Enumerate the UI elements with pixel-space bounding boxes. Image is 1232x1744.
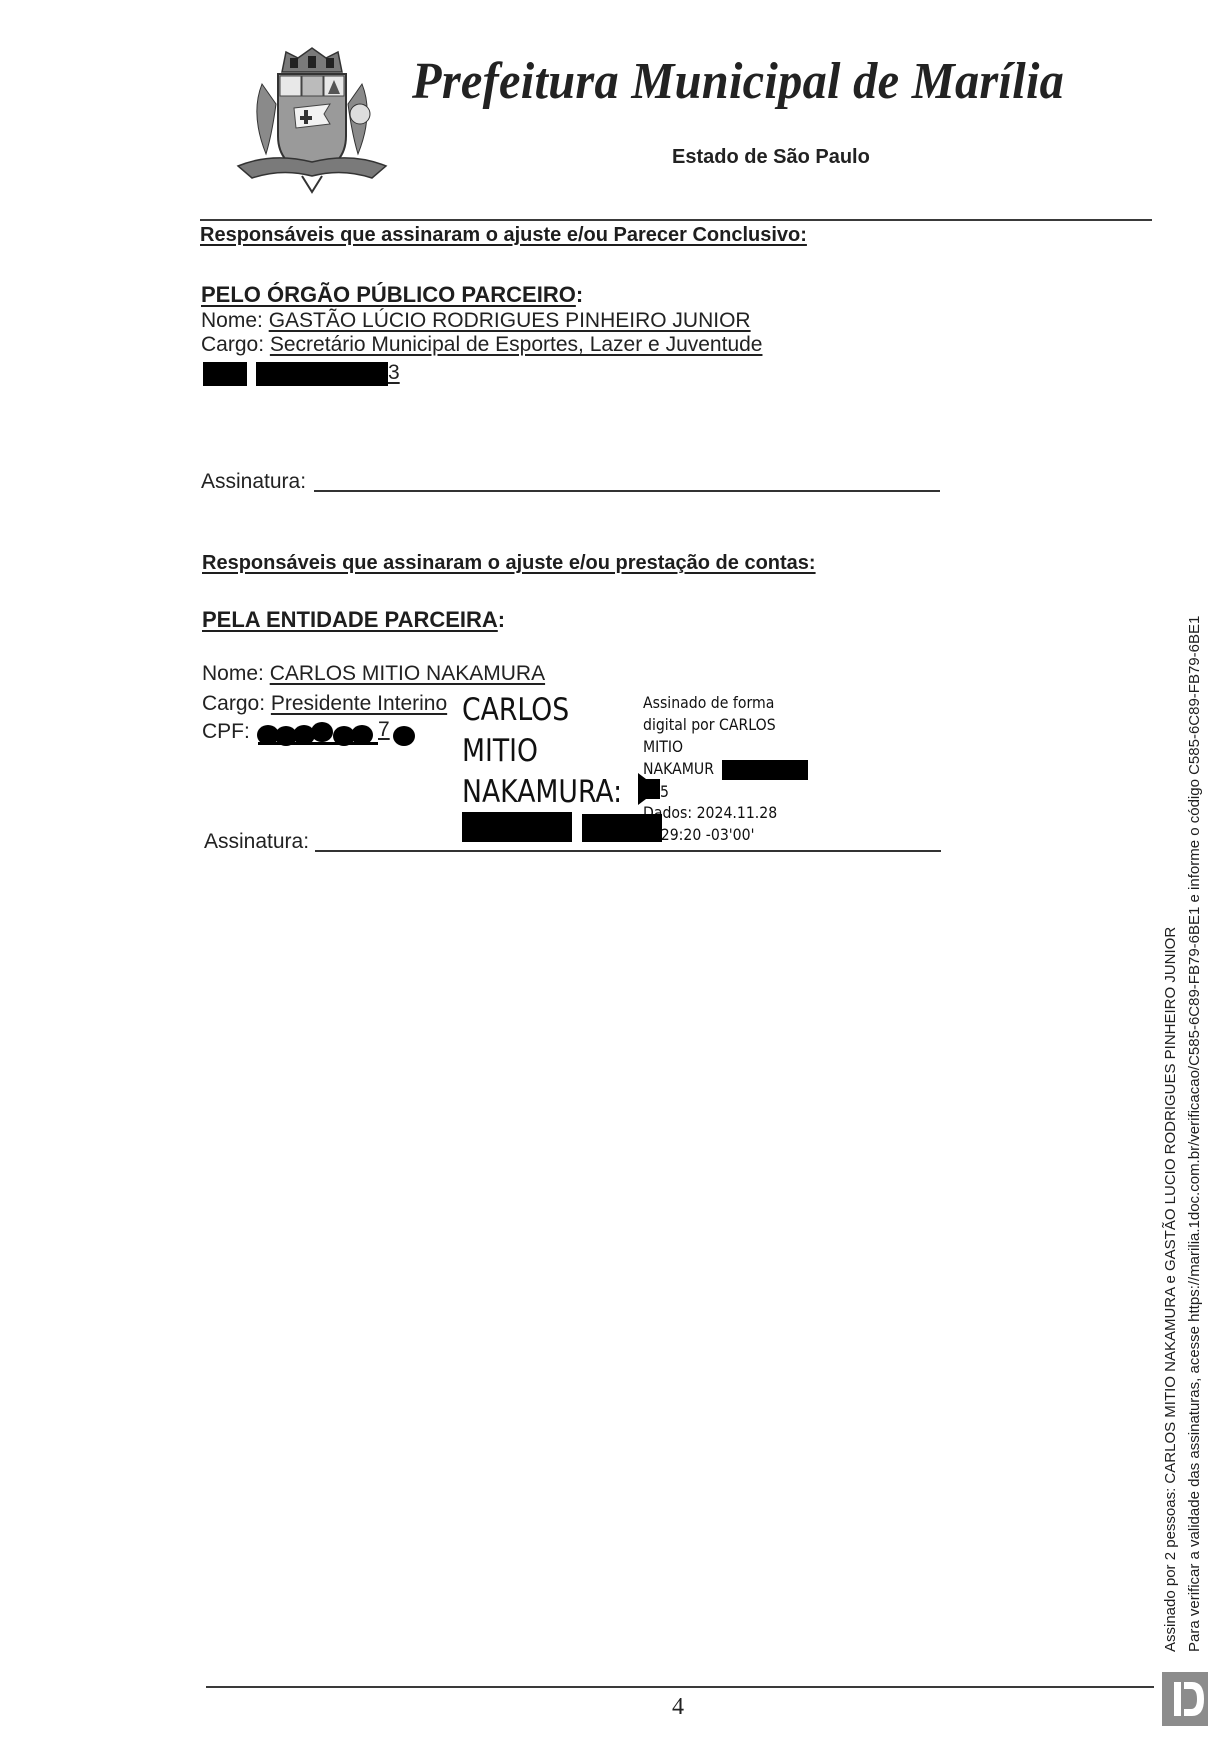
signature-time: :29:20 -03'00' [656,824,754,846]
section2-cargo-value: Presidente Interino [271,692,447,715]
signature-date: Dados: 2024.11.28 [643,802,777,824]
page-subtitle: Estado de São Paulo [672,146,870,169]
page-number: 4 [672,1694,684,1721]
cpf-redaction [256,722,416,748]
redaction-block [582,814,662,842]
section1-signature-label: Assinatura: [201,470,306,494]
section1-cargo-label: Cargo: [201,333,264,356]
section2-signature-label: Assinatura: [204,830,309,854]
signature-info-line: digital por CARLOS [643,714,776,736]
municipal-crest-icon [232,44,392,194]
section1-name-field: Nome: GASTÃO LÚCIO RODRIGUES PINHEIRO JU… [201,309,751,333]
signature-info-fragment: 5 [660,781,669,803]
header-divider [200,219,1152,221]
footer-divider [206,1686,1154,1688]
verification-signers-text: Assinado por 2 pessoas: CARLOS MITIO NAK… [1160,927,1182,1652]
section1-cargo-value: Secretário Municipal de Esportes, Lazer … [270,333,763,356]
section1-cargo-field: Cargo: Secretário Municipal de Esportes,… [201,333,762,357]
redaction-block [203,362,247,386]
section2-party-heading: PELA ENTIDADE PARCEIRA: [202,607,505,633]
section1-signature-line [314,490,940,492]
section1-heading: Responsáveis que assinaram o ajuste e/ou… [200,224,807,247]
section2-party-label: PELA ENTIDADE PARCEIRA [202,607,498,632]
section2-cpf-label: CPF: [202,720,250,743]
section1-redacted-tail: 3 [388,361,400,385]
section1-name-label: Nome: [201,309,263,332]
section1-name-value: GASTÃO LÚCIO RODRIGUES PINHEIRO JUNIOR [269,309,751,332]
section2-party-colon: : [498,607,505,632]
section2-name-value: CARLOS MITIO NAKAMURA [270,662,545,685]
section2-cargo-label: Cargo: [202,692,265,715]
signature-name-line: CARLOS [462,690,622,731]
page-title: Prefeitura Municipal de Marília [412,52,1064,111]
digital-signature-name: CARLOS MITIO NAKAMURA: [462,690,648,813]
verification-link-text[interactable]: Para verificar a validade das assinatura… [1184,616,1206,1652]
section2-name-field: Nome: CARLOS MITIO NAKAMURA [202,662,545,686]
section2-signature-line [315,850,941,852]
section2-name-label: Nome: [202,662,264,685]
section1-party-label: PELO ÓRGÃO PÚBLICO PARCEIRO [201,282,576,307]
section2-cpf-field: CPF: [202,720,250,744]
signature-name-line: NAKAMURA: [462,772,622,813]
1doc-logo-icon [1162,1672,1208,1726]
section1-party-colon: : [576,282,583,307]
section1-party-heading: PELO ÓRGÃO PÚBLICO PARCEIRO: [201,282,583,308]
section2-heading: Responsáveis que assinaram o ajuste e/ou… [202,552,816,575]
redaction-block [256,362,388,386]
redaction-block [462,812,572,842]
cpf-visible-fragment: 7 [378,718,390,742]
redaction-block [722,760,808,780]
signature-name-line: MITIO [462,731,622,772]
signature-info-line: Assinado de forma [643,692,776,714]
signature-info-line: MITIO [643,736,776,758]
section2-cargo-field: Cargo: Presidente Interino [202,692,447,716]
